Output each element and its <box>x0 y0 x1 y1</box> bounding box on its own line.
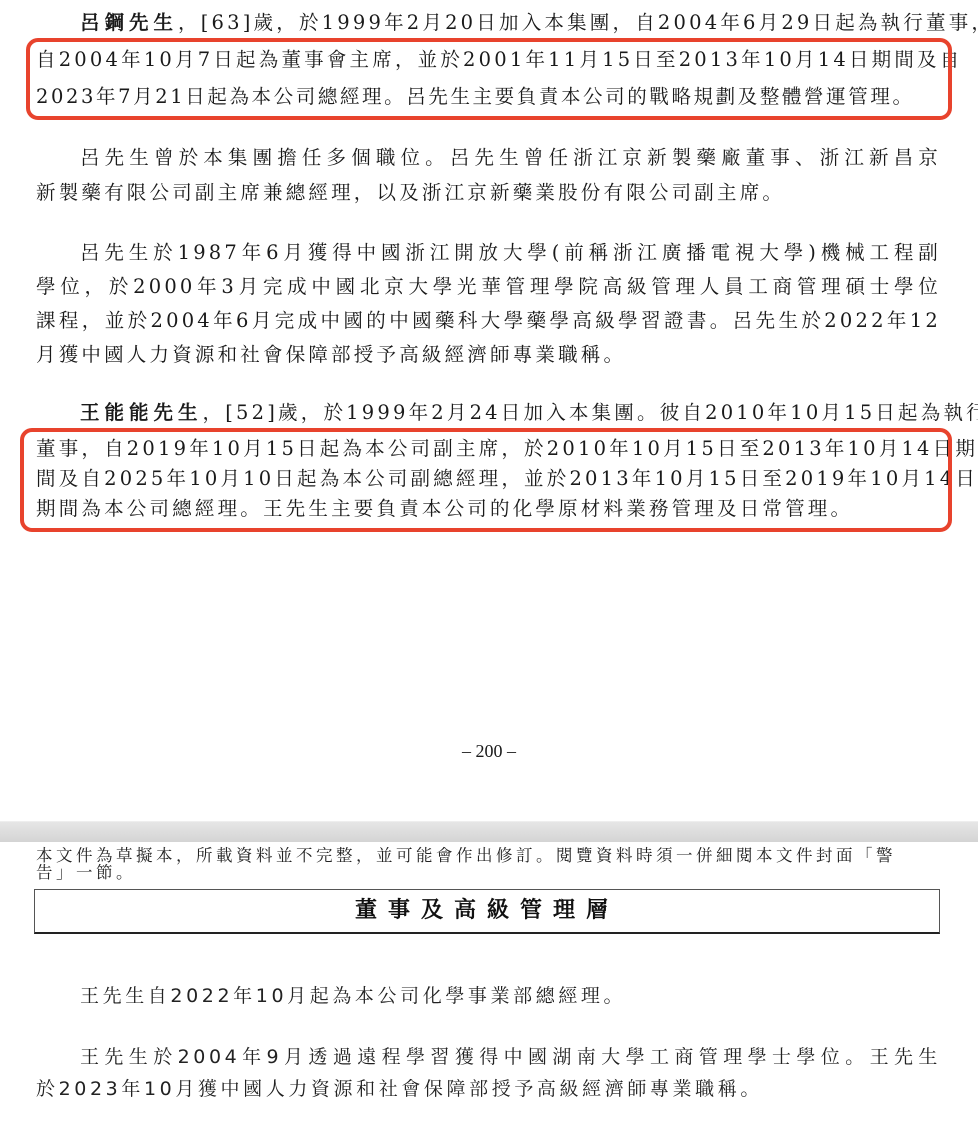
bio-wang-education-line-2: 於2023年10月獲中國人力資源和社會保障部授予高級經濟師專業職稱。 <box>36 1076 941 1102</box>
page-separator <box>0 821 978 842</box>
bio-wang-nengneng-line-1: 王能能先生，[52]歲，於1999年2月24日加入本集團。彼自2010年10月1… <box>80 400 941 426</box>
bio-lv-education-line-1: 呂先生於1987年6月獲得中國浙江開放大學(前稱浙江廣播電視大學)機械工程副 <box>80 240 941 266</box>
section-title: 董事及高級管理層 <box>355 898 619 923</box>
red-highlight-box-2 <box>20 428 952 532</box>
bio-lv-gang-line-1: 呂鋼先生，[63]歲，於1999年2月20日加入本集團，自2004年6月29日起… <box>80 10 941 36</box>
bio-lv-positions-line-2: 新製藥有限公司副主席兼總經理，以及浙江京新藥業股份有限公司副主席。 <box>36 180 941 206</box>
page-number: – 200 – <box>0 741 978 762</box>
draft-notice-line-1: 本文件為草擬本，所載資料並不完整，並可能會作出修訂。閱覽資料時須一併細閱本文件封… <box>36 847 941 864</box>
director-name-lv-gang: 呂鋼先生 <box>80 11 178 34</box>
red-highlight-box-1 <box>26 38 952 120</box>
bio-wang-education-line-1: 王先生於2004年9月透過遠程學習獲得中國湖南大學工商管理學士學位。王先生 <box>80 1044 941 1070</box>
section-header-box: 董事及高級管理層 <box>34 889 940 934</box>
bio-lv-education-line-4: 月獲中國人力資源和社會保障部授予高級經濟師專業職稱。 <box>36 342 941 368</box>
bio-lv-education-line-3: 課程，並於2004年6月完成中國的中國藥科大學藥學高級學習證書。呂先生於2022… <box>36 308 941 334</box>
draft-notice-line-2: 告」一節。 <box>36 864 941 881</box>
bio-wang-role-line: 王先生自2022年10月起為本公司化學事業部總經理。 <box>80 983 941 1009</box>
director-name-wang-nengneng: 王能能先生 <box>80 401 203 424</box>
bio-lv-education-line-2: 學位，於2000年3月完成中國北京大學光華管理學院高級管理人員工商管理碩士學位 <box>36 274 941 300</box>
bio-lv-positions-line-1: 呂先生曾於本集團擔任多個職位。呂先生曾任浙江京新製藥廠董事、浙江新昌京 <box>80 145 941 171</box>
